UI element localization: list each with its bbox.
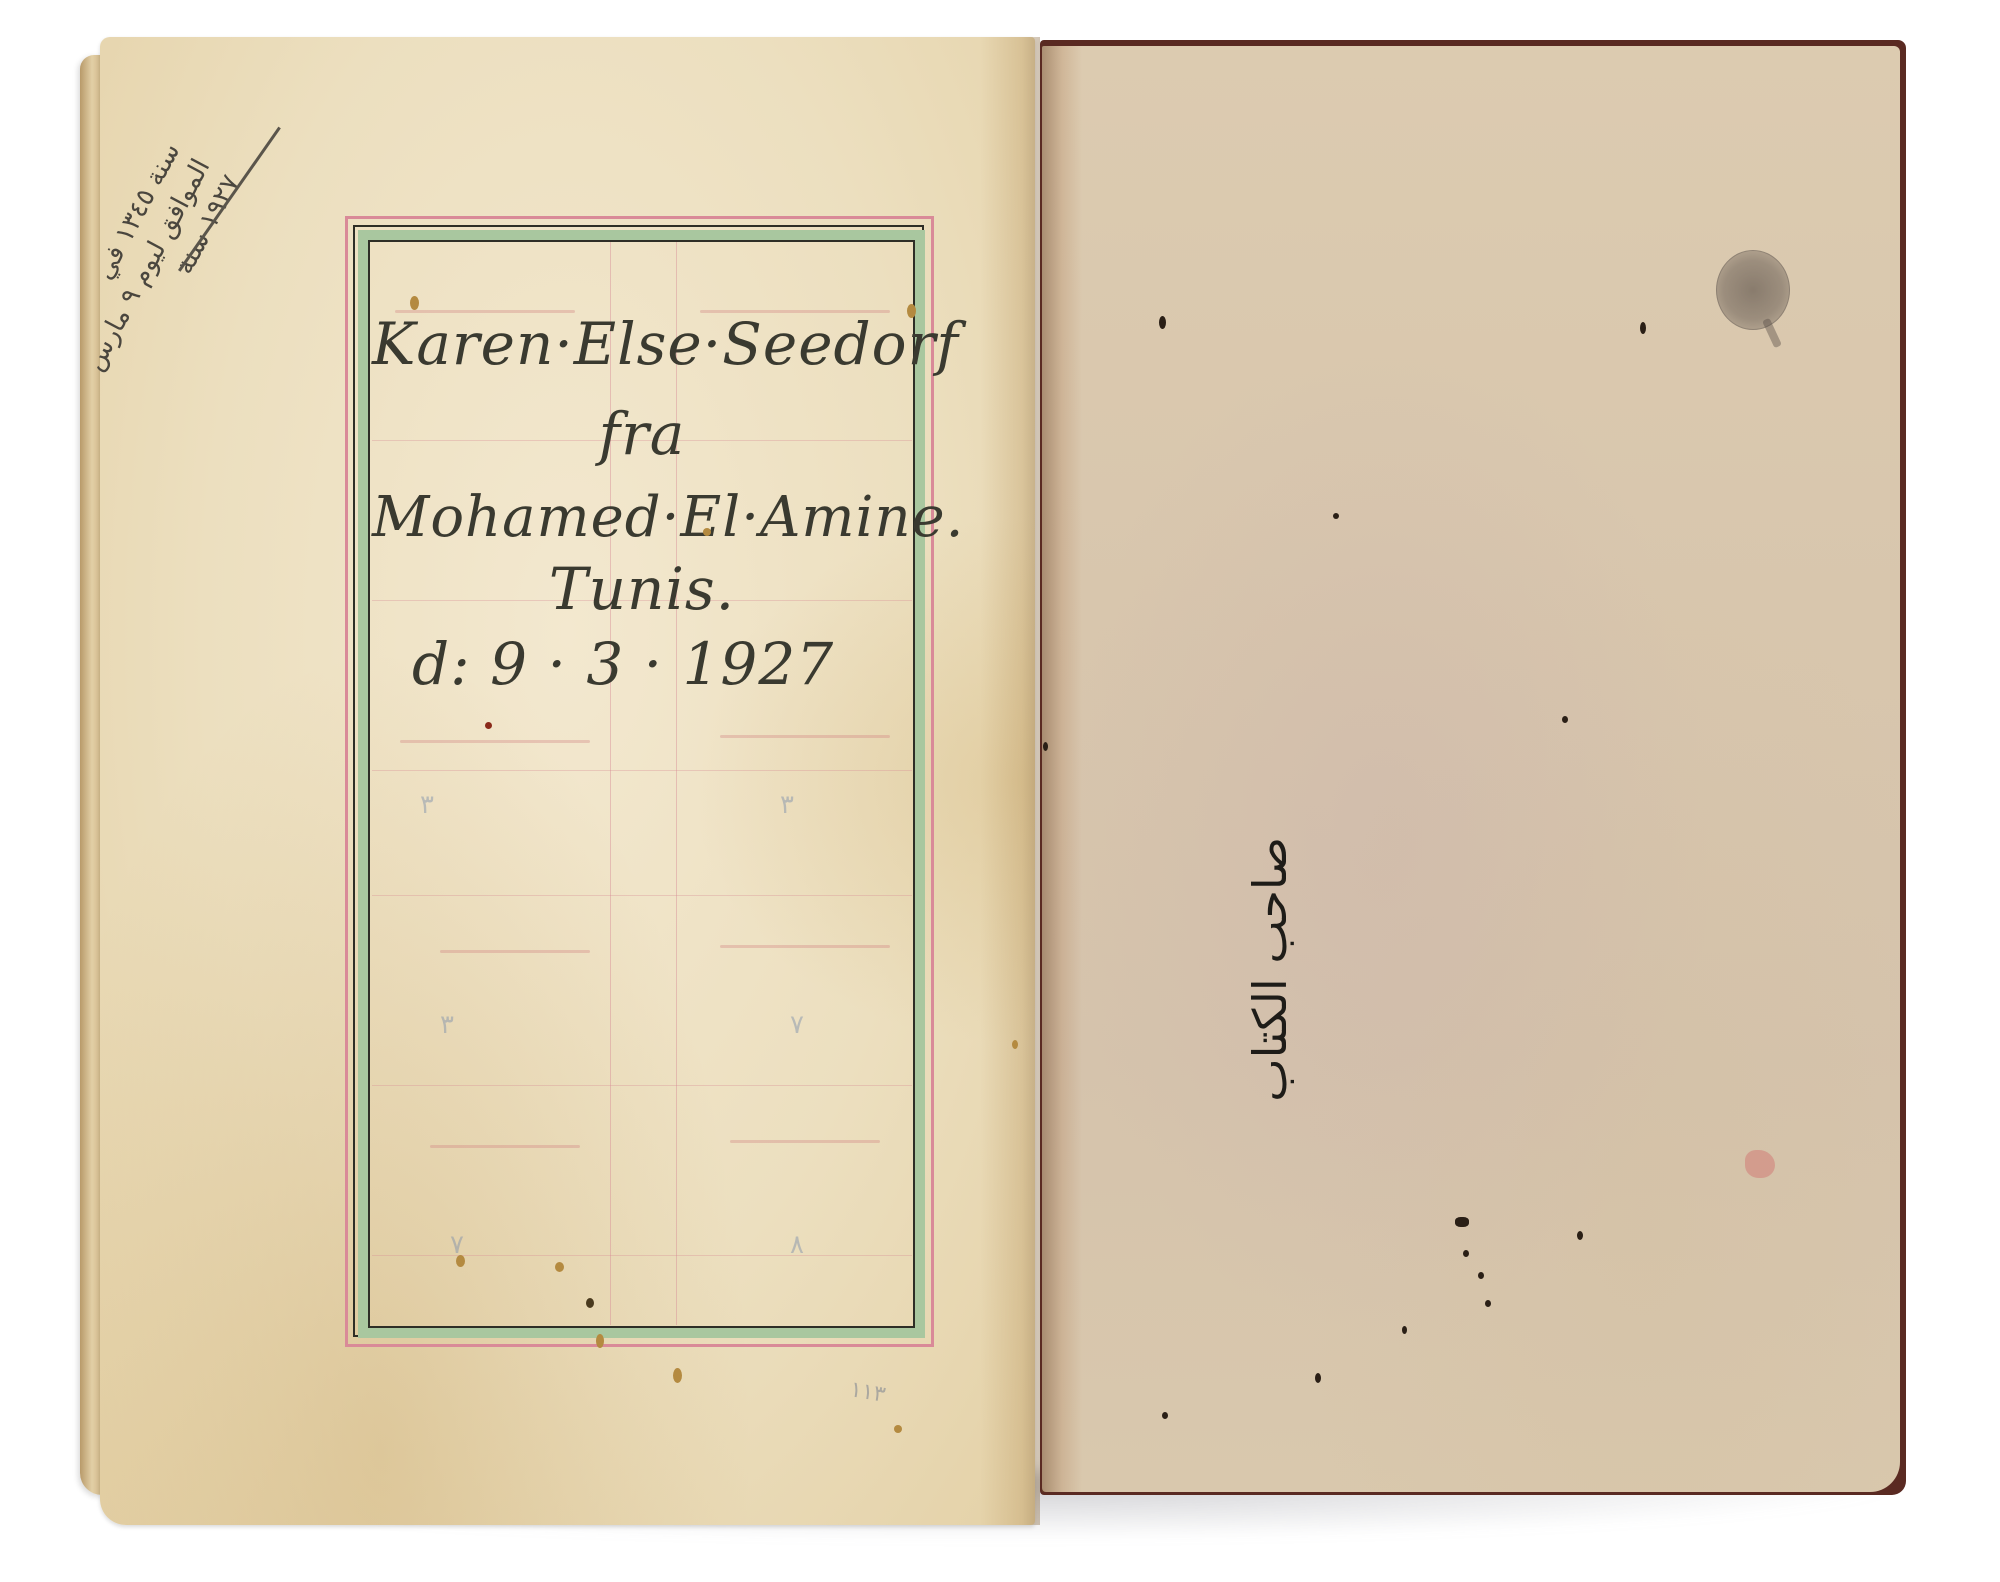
wormhole: [1402, 1326, 1407, 1334]
ink-mark: [1455, 1217, 1469, 1227]
wormhole: [1577, 1231, 1583, 1240]
wormhole: [1315, 1373, 1321, 1383]
stain-dot: [555, 1262, 564, 1272]
right-gutter-shade: [1042, 46, 1082, 1492]
stain-dot: [410, 296, 419, 310]
owner-inscription: صاحب الكتاب: [1243, 837, 1297, 1097]
inscription-place: Tunis.: [372, 555, 912, 623]
wormhole: [1485, 1300, 1491, 1307]
seal-stamp-icon: [1716, 250, 1790, 330]
pink-stain: [1745, 1150, 1775, 1178]
wormhole: [1043, 742, 1048, 751]
wormhole: [1478, 1272, 1484, 1279]
stain-dot: [907, 304, 916, 318]
stain-dot: [894, 1425, 902, 1433]
wormhole: [1333, 513, 1339, 519]
stain-dot: [703, 528, 711, 536]
stain-dot: [673, 1368, 682, 1383]
inscription-fra: fra: [372, 400, 912, 468]
wormhole: [1562, 716, 1568, 723]
inscription-giver: Mohamed·El·Amine.: [372, 485, 912, 550]
wormhole: [1463, 1250, 1469, 1257]
inscription-name: Karen·Else·Seedorf: [372, 310, 912, 378]
stain-dot: [586, 1298, 594, 1308]
open-manuscript-book: ٣ ٣ ٣ ٧ ٧ ٨ Karen·Else·Seedorf fra Moham…: [0, 0, 2000, 1582]
stain-dot: [456, 1255, 465, 1267]
stain-dot: [1012, 1040, 1018, 1049]
inscription-date: d: 9 · 3 · 1927: [372, 630, 912, 698]
stain-dot: [485, 722, 492, 729]
wormhole: [1640, 322, 1646, 334]
stain-dot: [596, 1334, 604, 1348]
wormhole: [1162, 1412, 1168, 1419]
wormhole: [1159, 316, 1166, 329]
left-gutter-shade: [980, 37, 1040, 1525]
